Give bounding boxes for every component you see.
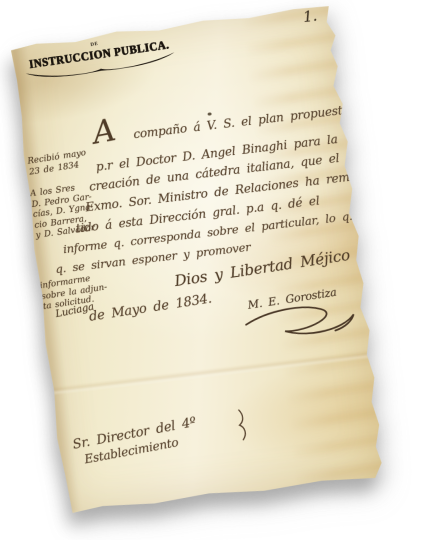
letter-paper: DE INSTRUCCION PUBLICA. 1. Recibió mayo …	[10, 5, 386, 514]
stamp-ornament-de: DE	[90, 42, 99, 48]
instruccion-publica-stamp: DE INSTRUCCION PUBLICA.	[19, 33, 180, 89]
folio-number: 1.	[302, 7, 318, 26]
paper-wrinkles	[240, 5, 386, 487]
address-bracket-flourish	[229, 407, 251, 443]
body-initial-capital: A	[90, 112, 118, 151]
paper-shadow: DE INSTRUCCION PUBLICA. 1. Recibió mayo …	[10, 5, 386, 514]
scan-background: DE INSTRUCCION PUBLICA. 1. Recibió mayo …	[0, 0, 421, 540]
ink-speck	[207, 112, 211, 115]
